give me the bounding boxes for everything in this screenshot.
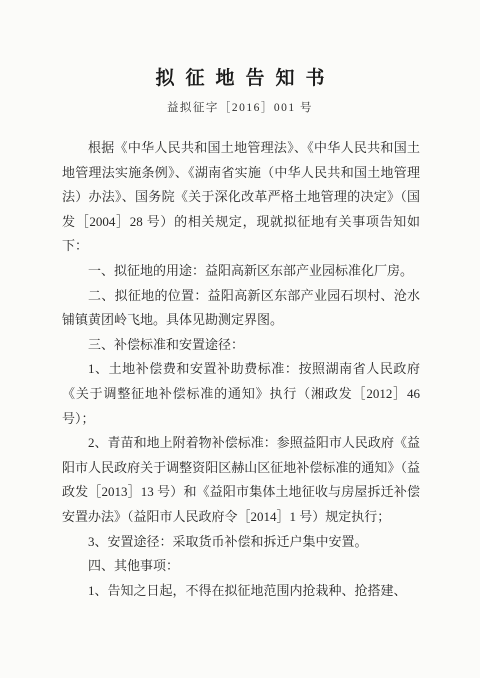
paragraph: 二、拟征地的位置：益阳高新区东部产业园石坝村、沧水铺镇黄团岭飞地。具体见勘测定界… (62, 284, 420, 333)
document-body: 根据《中华人民共和国土地管理法》、《中华人民共和国土地管理法实施条例》、《湖南省… (62, 136, 420, 603)
paragraph: 1、土地补偿费和安置补助费标准：按照湖南省人民政府《关于调整征地补偿标准的通知》… (62, 357, 420, 431)
document-title: 拟征地告知书 (0, 0, 480, 90)
document-page: 拟征地告知书 益拟征字［2016］001 号 根据《中华人民共和国土地管理法》、… (0, 0, 480, 678)
paragraph: 1、告知之日起，不得在拟征地范围内抢栽种、抢搭建、 (62, 579, 420, 604)
document-number: 益拟征字［2016］001 号 (0, 99, 480, 115)
paragraph: 3、安置途径：采取货币补偿和拆迁户集中安置。 (62, 530, 420, 555)
paragraph: 一、拟征地的用途：益阳高新区东部产业园标准化厂房。 (62, 259, 420, 284)
paragraph: 四、其他事项： (62, 554, 420, 579)
paragraph: 2、青苗和地上附着物补偿标准：参照益阳市人民政府《益阳市人民政府关于调整资阳区赫… (62, 431, 420, 529)
paragraph: 三、补偿标准和安置途径： (62, 333, 420, 358)
paragraph: 根据《中华人民共和国土地管理法》、《中华人民共和国土地管理法实施条例》、《湖南省… (62, 136, 420, 259)
